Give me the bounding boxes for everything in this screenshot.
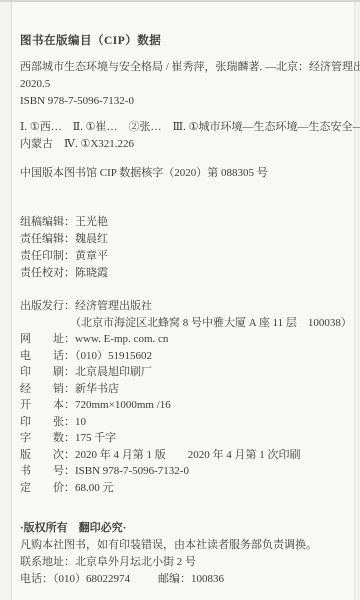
publishing-label: 书 号： [20, 465, 75, 477]
publishing-label: 电 话： [20, 350, 75, 362]
publishing-value: 720mm×1000mm /16 [75, 399, 171, 411]
publishing-value: 175 千字 [75, 432, 116, 444]
publishing-label: 开 本： [20, 399, 75, 411]
postal-code: 邮编：100836 [158, 573, 224, 585]
publishing-value: ISBN 978-7-5096-7132-0 [75, 465, 189, 477]
publisher-address: （北京市海淀区北蜂窝 8 号中雅大厦 A 座 11 层 100038） [70, 317, 352, 329]
copyright-footer: ·版权所有 翻印必究· 凡购本社图书，如有印装错误，由本社读者服务部负责调换。 … [20, 520, 350, 588]
publishing-row: 网 址：www. E-mp. com. cn [20, 331, 350, 348]
publishing-label: 印 刷： [20, 366, 75, 378]
staff-row: 责任印制：黄章平 [20, 248, 350, 265]
publishing-row: 印 刷：北京晨旭印刷厂 [20, 364, 350, 381]
exchange-policy: 凡购本社图书，如有印装错误，由本社读者服务部负责调换。 [20, 537, 350, 554]
cip-entry: 西部城市生态环境与安全格局 / 崔秀萍，张瑞麟著. —北京：经济管理出版社， 2… [20, 59, 350, 110]
cip-class-line-2: 内蒙古 Ⅳ. ①X321.226 [20, 136, 350, 153]
cip-class-line-1: Ⅰ. ①西… Ⅱ. ①崔… ②张… Ⅲ. ①城市环境—生态环境—生态安全—研究— [20, 119, 350, 136]
publishing-label: 定 价： [20, 482, 75, 494]
staff-row: 责任编辑：魏晨红 [20, 231, 350, 248]
publishing-row: 印 张：10 [20, 414, 350, 431]
publishing-row: 出版发行：经济管理出版社 [20, 298, 350, 315]
staff-row: 责任校对：陈晓霞 [20, 265, 350, 282]
staff-label: 责任编辑： [20, 233, 75, 245]
publishing-value: 经济管理出版社 [75, 300, 152, 312]
staff-row: 组稿编辑：王光艳 [20, 214, 350, 231]
publishing-value: （010）51915602 [75, 350, 152, 362]
staff-value: 魏晨红 [75, 233, 108, 245]
publishing-label: 出版发行： [20, 300, 75, 312]
publishing-row: 字 数：175 千字 [20, 430, 350, 447]
publishing-value: www. E-mp. com. cn [75, 333, 168, 345]
staff-value: 王光艳 [75, 216, 108, 228]
publishing-row: 版 次：2020 年 4 月第 1 版 2020 年 4 月第 1 次印刷 [20, 447, 350, 464]
contact-phone: 电话：（010）68022974 [20, 573, 130, 585]
cip-pub-year: 2020.5 [20, 76, 350, 93]
publisher-address-row: （北京市海淀区北蜂窝 8 号中雅大厦 A 座 11 层 100038） [20, 315, 350, 332]
publishing-label: 版 次： [20, 449, 75, 461]
publishing-label: 字 数： [20, 432, 75, 444]
publishing-row: 开 本：720mm×1000mm /16 [20, 397, 350, 414]
publishing-label: 印 张： [20, 416, 75, 428]
staff-label: 组稿编辑： [20, 216, 75, 228]
cip-isbn: ISBN 978-7-5096-7132-0 [20, 93, 350, 110]
publishing-label: 网 址： [20, 333, 75, 345]
staff-value: 黄章平 [75, 250, 108, 262]
staff-label: 责任印制： [20, 250, 75, 262]
cip-heading: 图书在版编目（CIP）数据 [20, 33, 350, 50]
publishing-value: 2020 年 4 月第 1 版 2020 年 4 月第 1 次印刷 [75, 449, 301, 461]
copyright-notice: ·版权所有 翻印必究· [20, 520, 350, 537]
book-copyright-page: 图书在版编目（CIP）数据 西部城市生态环境与安全格局 / 崔秀萍，张瑞麟著. … [12, 2, 355, 600]
staff-label: 责任校对： [20, 267, 75, 279]
cip-classification: Ⅰ. ①西… Ⅱ. ①崔… ②张… Ⅲ. ①城市环境—生态环境—生态安全—研究—… [20, 119, 350, 153]
page-left-edge [0, 2, 12, 600]
publishing-value: 北京晨旭印刷厂 [75, 366, 152, 378]
publishing-label: 经 销： [20, 383, 75, 395]
contact-phone-row: 电话：（010）68022974邮编：100836 [20, 571, 350, 588]
publishing-info-list: 出版发行：经济管理出版社 （北京市海淀区北蜂窝 8 号中雅大厦 A 座 11 层… [20, 298, 350, 496]
publishing-value: 68.00 元 [75, 482, 114, 494]
cip-record-number: 中国版本图书馆 CIP 数据核字（2020）第 088305 号 [20, 165, 350, 182]
cip-title-statement: 西部城市生态环境与安全格局 / 崔秀萍，张瑞麟著. —北京：经济管理出版社， [20, 59, 350, 76]
publishing-row: 电 话：（010）51915602 [20, 348, 350, 365]
page-content: 图书在版编目（CIP）数据 西部城市生态环境与安全格局 / 崔秀萍，张瑞麟著. … [20, 2, 350, 588]
publishing-row: 经 销：新华书店 [20, 381, 350, 398]
publishing-value: 10 [75, 416, 86, 428]
publishing-row: 书 号：ISBN 978-7-5096-7132-0 [20, 463, 350, 480]
staff-value: 陈晓霞 [75, 267, 108, 279]
staff-list: 组稿编辑：王光艳 责任编辑：魏晨红 责任印制：黄章平 责任校对：陈晓霞 [20, 214, 350, 282]
publishing-value: 新华书店 [75, 383, 119, 395]
contact-address: 联系地址：北京阜外月坛北小街 2 号 [20, 554, 350, 571]
publishing-row: 定 价：68.00 元 [20, 480, 350, 497]
